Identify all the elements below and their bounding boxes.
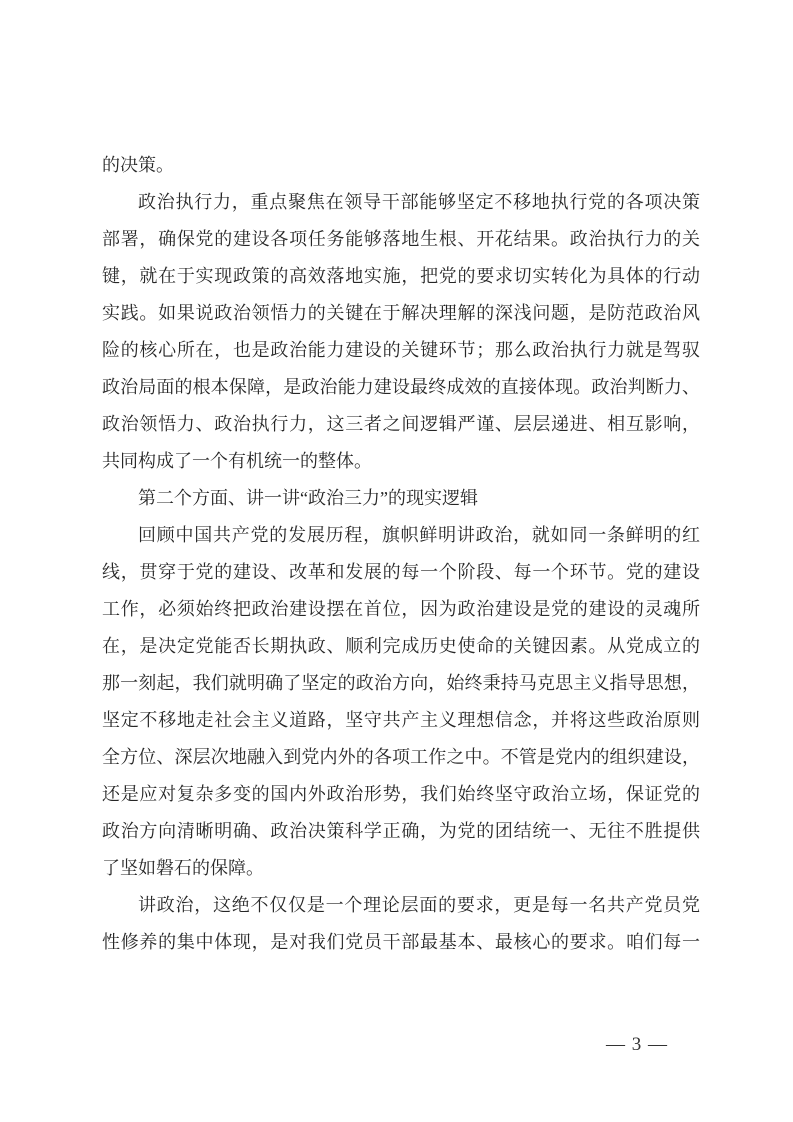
paragraph-line: 回顾中国共产党的发展历程，旗帜鲜明讲政治，就如同一条鲜明的红 <box>102 517 700 554</box>
paragraph-line: 在，是决定党能否长期执政、顺利完成历史使命的关键因素。从党成立的 <box>102 628 700 665</box>
document-text-block: 的决策。 政治执行力，重点聚焦在领导干部能够坚定不移地执行党的各项决策 部署，确… <box>102 147 700 961</box>
paragraph-line: 实践。如果说政治领悟力的关键在于解决理解的深浅问题，是防范政治风 <box>102 295 700 332</box>
paragraph-line: 讲政治，这绝不仅仅是一个理论层面的要求，更是每一名共产党员党 <box>102 887 700 924</box>
paragraph-line: 部署，确保党的建设各项任务能够落地生根、开花结果。政治执行力的关 <box>102 221 700 258</box>
paragraph-line: 坚定不移地走社会主义道路，坚守共产主义理想信念，并将这些政治原则 <box>102 702 700 739</box>
paragraph-line: 那一刻起，我们就明确了坚定的政治方向，始终秉持马克思主义指导思想， <box>102 665 700 702</box>
paragraph-line: 还是应对复杂多变的国内外政治形势，我们始终坚守政治立场，保证党的 <box>102 776 700 813</box>
paragraph-line: 政治方向清晰明确、政治决策科学正确，为党的团结统一、无往不胜提供 <box>102 813 700 850</box>
paragraph-line: 全方位、深层次地融入到党内外的各项工作之中。不管是党内的组织建设， <box>102 739 700 776</box>
document-page: 的决策。 政治执行力，重点聚焦在领导干部能够坚定不移地执行党的各项决策 部署，确… <box>0 0 793 1122</box>
page-number: — 3 — <box>606 1026 668 1063</box>
paragraph-line: 线，贯穿于党的建设、改革和发展的每一个阶段、每一个环节。党的建设 <box>102 554 700 591</box>
paragraph-line: 政治局面的根本保障，是政治能力建设最终成效的直接体现。政治判断力、 <box>102 369 700 406</box>
paragraph-line: 工作，必须始终把政治建设摆在首位，因为政治建设是党的建设的灵魂所 <box>102 591 700 628</box>
paragraph-line: 键，就在于实现政策的高效落地实施，把党的要求切实转化为具体的行动 <box>102 258 700 295</box>
paragraph-line: 共同构成了一个有机统一的整体。 <box>102 443 700 480</box>
paragraph-line: 险的核心所在，也是政治能力建设的关键环节；那么政治执行力就是驾驭 <box>102 332 700 369</box>
paragraph-line: 了坚如磐石的保障。 <box>102 850 700 887</box>
paragraph-line: 政治执行力，重点聚焦在领导干部能够坚定不移地执行党的各项决策 <box>102 184 700 221</box>
section-heading: 第二个方面、讲一讲“政治三力”的现实逻辑 <box>102 480 700 517</box>
paragraph-line: 的决策。 <box>102 147 700 184</box>
paragraph-line: 性修养的集中体现，是对我们党员干部最基本、最核心的要求。咱们每一 <box>102 924 700 961</box>
paragraph-line: 政治领悟力、政治执行力，这三者之间逻辑严谨、层层递进、相互影响， <box>102 406 700 443</box>
